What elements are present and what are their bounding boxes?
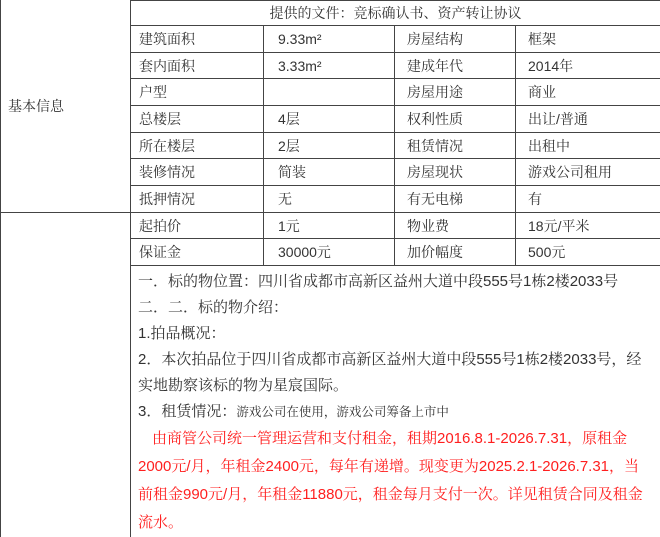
start-price-label: 起拍价 — [131, 213, 264, 240]
inner-area-value: 3.33m² — [264, 53, 395, 80]
structure-value: 框架 — [516, 26, 660, 53]
unit-type-value — [264, 79, 395, 106]
rights-nature-label: 权利性质 — [395, 106, 516, 133]
house-status-value: 游戏公司租用 — [516, 159, 660, 186]
section-label-basic-info: 基本信息 — [1, 0, 131, 213]
inner-area-label: 套内面积 — [131, 53, 264, 80]
lease-situation-label: 3．租赁情况： — [138, 403, 236, 420]
target-location-line: 一．标的物位置：四川省成都市高新区益州大道中段555号1栋2楼2033号 — [138, 269, 654, 295]
mortgage-value: 无 — [264, 186, 395, 213]
floor-located-label: 所在楼层 — [131, 133, 264, 160]
lower-section-left-cell — [1, 213, 131, 520]
bid-increment-label: 加价幅度 — [395, 239, 516, 266]
deposit-value: 30000元 — [264, 239, 395, 266]
description-cell: 一．标的物位置：四川省成都市高新区益州大道中段555号1栋2楼2033号 二．二… — [131, 266, 660, 520]
lease-situation-line: 3．租赁情况：游戏公司在使用，游戏公司筹备上市中 — [138, 399, 654, 425]
item-overview-heading: 1.拍品概况： — [138, 321, 654, 347]
lease-status-label: 租赁情况 — [395, 133, 516, 160]
total-floors-label: 总楼层 — [131, 106, 264, 133]
decoration-value: 简装 — [264, 159, 395, 186]
deposit-label: 保证金 — [131, 239, 264, 266]
target-intro-heading: 二．二．标的物介绍： — [138, 295, 654, 321]
bid-increment-value: 500元 — [516, 239, 660, 266]
elevator-label: 有无电梯 — [395, 186, 516, 213]
building-area-value: 9.33m² — [264, 26, 395, 53]
house-status-label: 房屋现状 — [395, 159, 516, 186]
rent-details-red-note: 由商管公司统一管理运营和支付租金，租期2016.8.1-2026.7.31，原租… — [138, 425, 654, 520]
building-area-label: 建筑面积 — [131, 26, 264, 53]
build-year-value: 2014年 — [516, 53, 660, 80]
build-year-label: 建成年代 — [395, 53, 516, 80]
total-floors-value: 4层 — [264, 106, 395, 133]
property-fee-label: 物业费 — [395, 213, 516, 240]
structure-label: 房屋结构 — [395, 26, 516, 53]
auction-info-table: 基本信息 提供的文件：竞标确认书、资产转让协议 建筑面积 9.33m² 房屋结构… — [0, 0, 660, 520]
floor-located-value: 2层 — [264, 133, 395, 160]
provided-files-row: 提供的文件：竞标确认书、资产转让协议 — [131, 0, 660, 26]
usage-label: 房屋用途 — [395, 79, 516, 106]
rights-nature-value: 出让/普通 — [516, 106, 660, 133]
property-fee-value: 18元/平米 — [516, 213, 660, 240]
start-price-value: 1元 — [264, 213, 395, 240]
usage-value: 商业 — [516, 79, 660, 106]
decoration-label: 装修情况 — [131, 159, 264, 186]
mortgage-label: 抵押情况 — [131, 186, 264, 213]
item-location-paragraph: 2．本次拍品位于四川省成都市高新区益州大道中段555号1栋2楼2033号，经实地… — [138, 347, 654, 399]
lease-status-value: 出租中 — [516, 133, 660, 160]
unit-type-label: 户型 — [131, 79, 264, 106]
elevator-value: 有 — [516, 186, 660, 213]
lease-situation-text: 游戏公司在使用，游戏公司筹备上市中 — [236, 405, 449, 419]
